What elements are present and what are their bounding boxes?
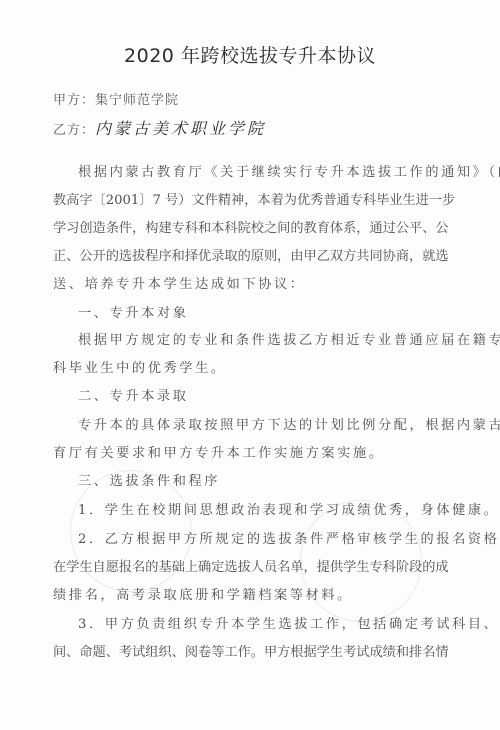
- section-3-item-2: 在学生自愿报名的基础上确定选拔人员名单，提供学生专科阶段的成: [53, 559, 428, 577]
- section-3-item-3: 3．甲方负责组织专升本学生选拔工作，包括确定考试科目、时: [78, 616, 428, 634]
- intro-line: 教高字〔2001〕7 号）文件精神，本着为优秀普通专科毕业生进一步: [53, 192, 428, 210]
- intro-line: 根据内蒙古教育厅《关于继续实行专升本选拔工作的通知》（内: [78, 164, 428, 182]
- party-b-label: 乙方：: [53, 123, 95, 138]
- intro-line: 送、培养专升本学生达成如下协议：: [53, 276, 428, 294]
- party-b-handwritten-signature: 内蒙古美术职业学院: [95, 119, 266, 138]
- party-b-line: 乙方：内蒙古美术职业学院: [53, 120, 428, 140]
- intro-line: 学习创造条件，构建专科和本科院校之间的教育体系，通过公平、公: [53, 220, 428, 238]
- section-3-item-2: 绩排名，高考录取底册和学籍档案等材料。: [53, 587, 428, 605]
- document-title: 2020 年跨校选拔专升本协议: [0, 41, 500, 68]
- section-3-item-2: 2．乙方根据甲方所规定的选拔条件严格审核学生的报名资格，: [78, 531, 428, 549]
- intro-line: 正、公开的选拔程序和择优录取的原则，由甲乙双方共同协商，就选: [53, 248, 428, 266]
- section-1-line: 科毕业生中的优秀学生。: [53, 360, 428, 378]
- party-a-line: 甲方：集宁师范学院: [53, 92, 428, 110]
- section-2-line: 育厅有关要求和甲方专升本工作实施方案实施。: [53, 445, 428, 463]
- section-1-line: 根据甲方规定的专业和条件选拔乙方相近专业普通应届在籍专: [78, 332, 428, 350]
- document-page: 2020 年跨校选拔专升本协议 甲方：集宁师范学院 乙方：内蒙古美术职业学院 根…: [0, 0, 500, 730]
- party-a-name: 集宁师范学院: [95, 93, 179, 108]
- section-3-item-3: 间、命题、考试组织、阅卷等工作。甲方根据学生考试成绩和排名情: [53, 644, 428, 662]
- party-a-label: 甲方：: [53, 93, 95, 108]
- section-3-item-1: 1．学生在校期间思想政治表现和学习成绩优秀，身体健康。: [78, 502, 428, 520]
- section-heading-2: 二、专升本录取: [78, 388, 428, 406]
- section-heading-1: 一、专升本对象: [78, 305, 428, 323]
- section-heading-3: 三、选拔条件和程序: [78, 473, 428, 491]
- section-2-line: 专升本的具体录取按照甲方下达的计划比例分配，根据内蒙古教: [78, 417, 428, 435]
